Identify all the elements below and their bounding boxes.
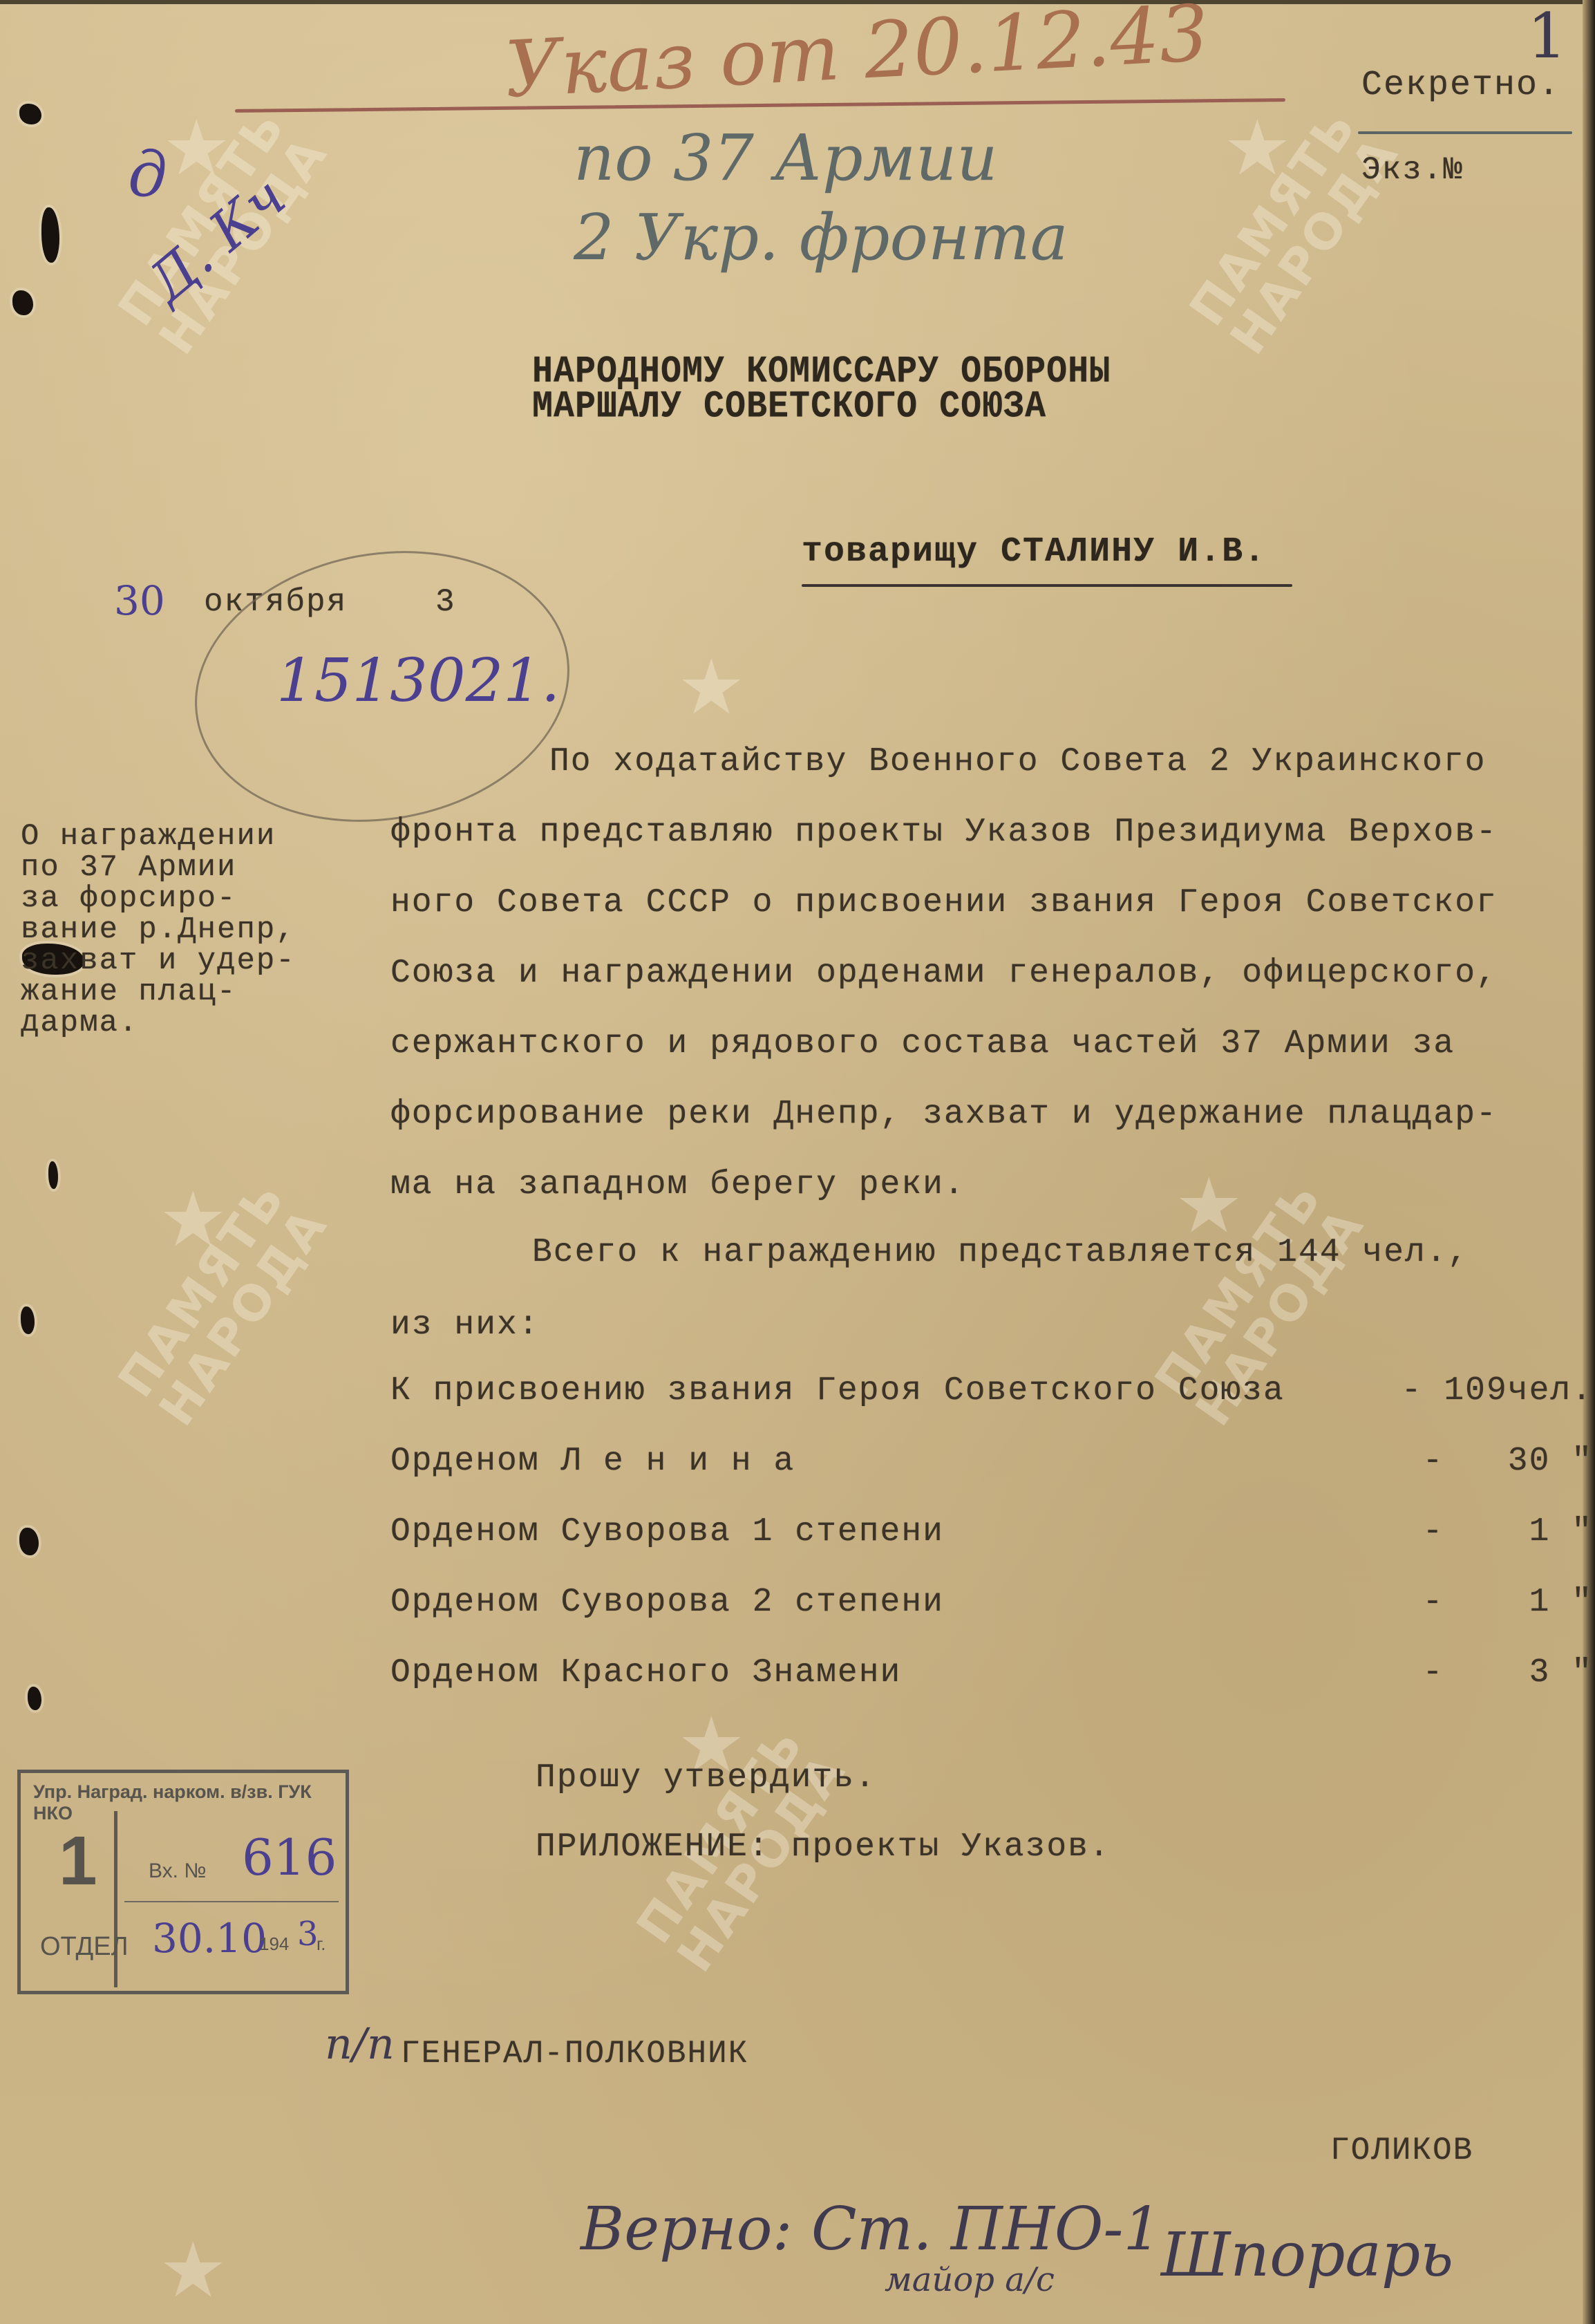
award-count: - 109чел. [1401,1372,1593,1409]
award-label: Орденом Л е н и н а [390,1443,795,1480]
award-count: - 1 " [1423,1513,1593,1550]
page-number: 1 [1527,0,1567,73]
addressee-line3: товарищу СТАЛИНУ И.В. [802,532,1266,572]
binding-hole [48,1161,58,1189]
paragraph-line: По ходатайству Военного Совета 2 Украинс… [549,743,1486,780]
award-label: К присвоению звания Героя Советского Сою… [390,1372,1285,1409]
paragraph-line: Союза и награждении орденами генералов, … [390,955,1498,992]
award-row: К присвоению звания Героя Советского Сою… [390,1372,1593,1414]
subject-line: по 37 Армии [21,850,236,885]
award-count: - 30 " [1423,1443,1593,1480]
watermark: ПАМЯТЬНАРОДА [110,1196,319,1434]
subject-line: дарма. [21,1006,138,1040]
paragraph-line: сержантского и рядового состава частей 3… [390,1025,1455,1062]
stamp-year-suffix: г. [317,1933,326,1955]
signature-prefix: п/п [325,2018,395,2069]
paragraph-line: фронта представляю проекты Указов Презид… [390,814,1498,851]
subject-line: вание р.Днепр, [21,912,296,947]
binding-hole [19,1528,39,1555]
binding-hole [19,104,41,124]
classification-label: Секретно. [1361,66,1560,105]
request-line: Прошу утвердить. [536,1759,876,1797]
binding-hole [41,207,59,263]
binding-hole [28,1687,41,1710]
registry-stamp: Упр. Наград. нарком. в/зв. ГУК НКО 1 ОТД… [17,1770,349,1994]
copy-number-label: Экз.№ [1361,152,1464,188]
award-count: - 3 " [1423,1654,1593,1692]
stamp-dept-number: 1 [59,1821,97,1901]
stamp-year-handwritten: 3 [297,1915,319,1953]
award-label: Орденом Красного Знамени [390,1654,901,1692]
subject-line: захват и удер- [21,944,296,978]
addressee-line2: МАРШАЛУ СОВЕТСКОГО СОЮЗА [532,385,1046,429]
stamp-year-printed: 194 [259,1933,289,1955]
stamp-in-label: Вх. № [149,1859,207,1883]
signatory-rank: ГЕНЕРАЛ-ПОЛКОВНИК [401,2036,748,2072]
front-note: 2 Укр. фронта [574,200,1068,274]
total-line: Всего к награждению представляется 144 ч… [532,1234,1469,1271]
award-row: Орденом Суворова 2 степени- 1 " [390,1584,1593,1625]
award-row: Орденом Л е н и н а- 30 " [390,1443,1593,1484]
certified-note: Верно: Ст. ПНО-1 [581,2195,1161,2264]
certifier-signature: Шпорарь [1161,2219,1453,2290]
subject-line: за форсиро- [21,881,236,916]
stamp-in-number: 616 [242,1828,337,1886]
classification-underline [1358,131,1572,134]
of-them-label: из них: [390,1306,540,1344]
subject-line: О награждении [21,819,276,854]
registration-circle [173,523,592,851]
award-label: Орденом Суворова 1 степени [390,1513,944,1550]
award-label: Орденом Суворова 2 степени [390,1584,944,1621]
signatory-name: ГОЛИКОВ [1330,2133,1473,2168]
stamp-date: 30.10 [152,1915,267,1962]
watermark-star-icon: ★ [159,2226,227,2314]
stamp-header: Упр. Наград. нарком. в/зв. ГУК НКО [33,1781,346,1824]
stamp-line [124,1901,339,1902]
binding-hole [12,290,33,315]
award-count: - 1 " [1423,1584,1593,1621]
page-edge-right [1583,0,1595,2324]
army-note: по 37 Армии [574,121,998,195]
award-row: Орденом Суворова 1 степени- 1 " [390,1513,1593,1555]
decree-note: Указ от 20.12.43 [502,0,1211,115]
attachment-line: ПРИЛОЖЕНИЕ: проекты Указов. [536,1828,1111,1866]
stamp-dept-label: ОТДЕЛ [40,1932,129,1962]
watermark-star-icon: ★ [677,643,746,731]
page-edge-top [0,0,1595,4]
date-day: 30 [114,577,165,624]
initials-mark: д [128,138,167,211]
award-row: Орденом Красного Знамени- 3 " [390,1654,1593,1696]
paragraph-line: форсирование реки Днепр, захват и удержа… [390,1096,1498,1133]
addressee-underline [802,584,1292,587]
paragraph-line: ма на западном берегу реки. [390,1166,965,1203]
watermark: ПАМЯТЬНАРОДА [1181,124,1390,363]
certifier-rank: майор а/с [885,2260,1055,2299]
subject-line: жание плац- [21,975,236,1009]
paragraph-line: ного Совета СССР о присвоении звания Гер… [390,884,1498,921]
binding-hole [21,1306,35,1334]
